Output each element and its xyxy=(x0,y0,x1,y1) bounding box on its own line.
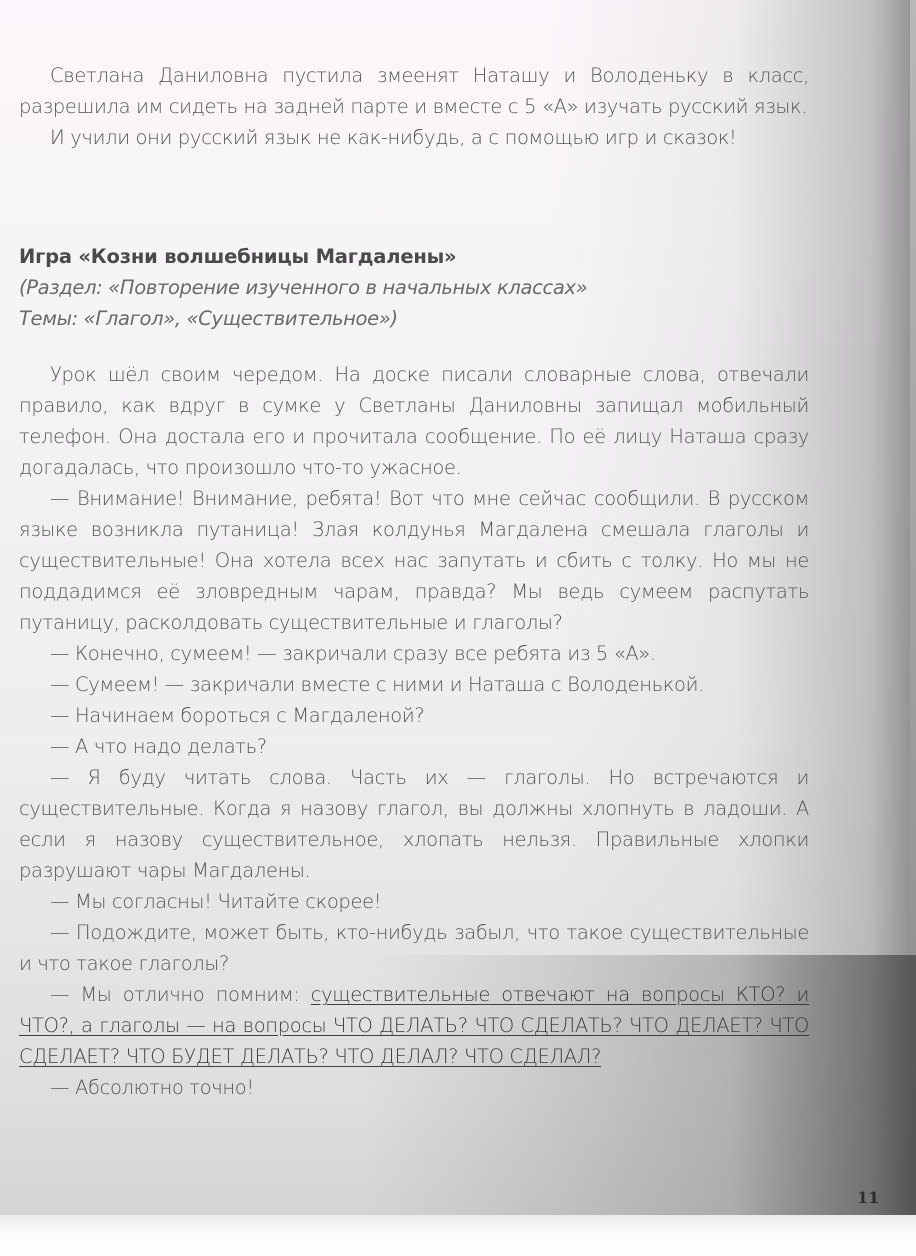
page-number: 11 xyxy=(857,1188,879,1207)
answer-prefix: — Мы отлично помним: xyxy=(50,983,311,1006)
dialogue-line: — Подождите, может быть, кто-нибудь забы… xyxy=(19,917,809,979)
dialogue-line: — Я буду читать слова. Часть их — глагол… xyxy=(19,762,809,886)
intro-paragraph: И учили они русский язык не как-нибудь, … xyxy=(19,122,809,153)
dialogue-line: — А что надо делать? xyxy=(19,731,809,762)
dialogue-line: — Конечно, сумеем! — закричали сразу все… xyxy=(19,638,809,669)
scan-bottom-margin xyxy=(0,1215,916,1256)
story-paragraph: Урок шёл своим чередом. На доске писали … xyxy=(19,359,809,483)
dialogue-line: — Абсолютно точно! xyxy=(19,1072,809,1103)
story-section: Урок шёл своим чередом. На доске писали … xyxy=(19,359,809,1103)
answer-paragraph: — Мы отлично помним: существительные отв… xyxy=(19,979,809,1072)
game-heading-block: Игра «Козни волшебницы Магдалены» (Разде… xyxy=(19,241,809,334)
game-title: Игра «Козни волшебницы Магдалены» xyxy=(19,241,809,272)
intro-section: Светлана Даниловна пустила змеенят Наташ… xyxy=(19,60,809,153)
intro-paragraph: Светлана Даниловна пустила змеенят Наташ… xyxy=(19,60,809,122)
game-topics-line: Темы: «Глагол», «Существительное») xyxy=(19,303,809,334)
game-section-line: (Раздел: «Повторение изученного в началь… xyxy=(19,272,809,303)
dialogue-line: — Сумеем! — закричали вместе с ними и На… xyxy=(19,669,809,700)
page-edge-shadow xyxy=(910,0,916,1215)
dialogue-line: — Мы согласны! Читайте скорее! xyxy=(19,886,809,917)
story-paragraph: — Внимание! Внимание, ребята! Вот что мн… xyxy=(19,483,809,638)
dialogue-line: — Начинаем бороться с Магдаленой? xyxy=(19,700,809,731)
book-page: Светлана Даниловна пустила змеенят Наташ… xyxy=(0,0,916,1215)
